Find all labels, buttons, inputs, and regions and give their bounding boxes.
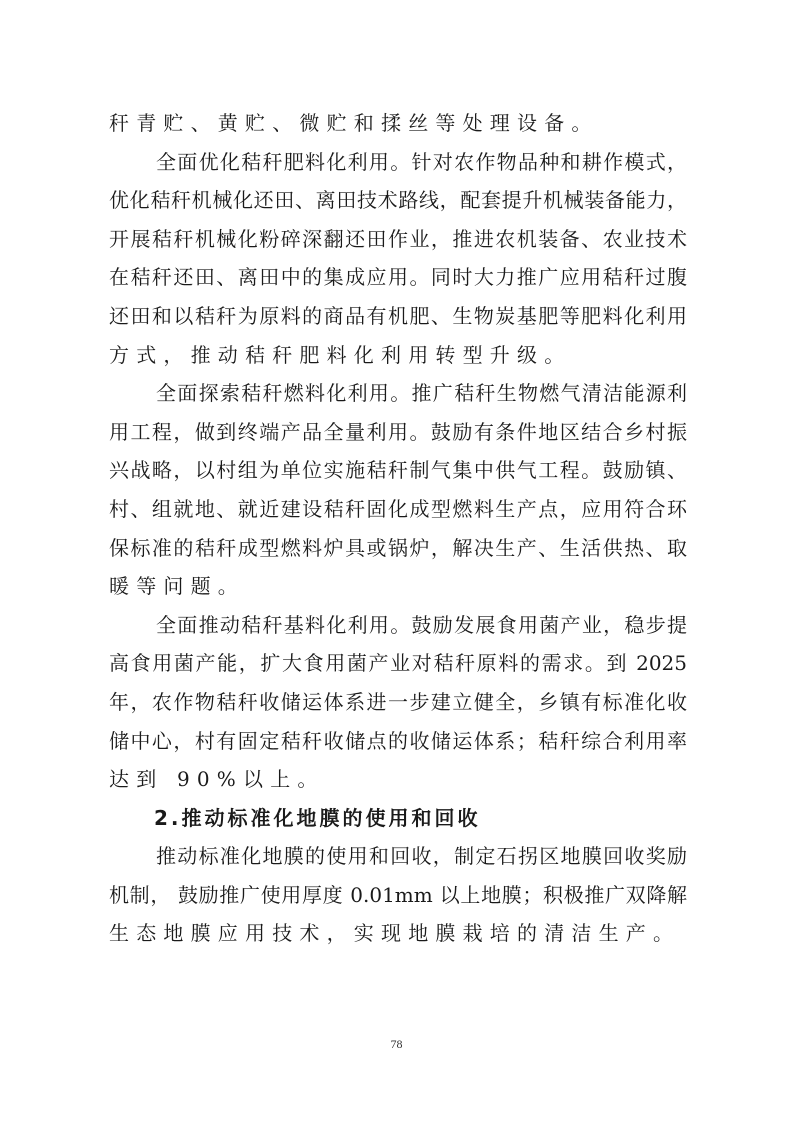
paragraph-line: 优化秸秆机械化还田、离田技术路线，配套提升机械装备能力， xyxy=(109,181,687,220)
paragraph-line: 暖等问题。 xyxy=(109,567,687,606)
paragraph-line: 还田和以秸秆为原料的商品有机肥、生物炭基肥等肥料化利用 xyxy=(109,297,687,336)
paragraph-line: 方式，推动秸秆肥料化利用转型升级。 xyxy=(109,336,687,375)
paragraph-line: 生态地膜应用技术，实现地膜栽培的清洁生产。 xyxy=(109,914,687,953)
section-heading: 2.推动标准化地膜的使用和回收 xyxy=(109,799,687,838)
paragraph-line: 村、组就地、就近建设秸秆固化成型燃料生产点，应用符合环 xyxy=(109,490,687,529)
paragraph-line: 高食用菌产能，扩大食用菌产业对秸秆原料的需求。到 2025 xyxy=(109,644,687,683)
paragraph-line: 年，农作物秸秆收储运体系进一步建立健全，乡镇有标准化收 xyxy=(109,683,687,722)
paragraph-line: 用工程，做到终端产品全量利用。鼓励有条件地区结合乡村振 xyxy=(109,413,687,452)
paragraph-line: 机制， 鼓励推广使用厚度 0.01mm 以上地膜；积极推广双降解 xyxy=(109,876,687,915)
paragraph-line: 秆青贮、黄贮、微贮和揉丝等处理设备。 xyxy=(109,104,687,143)
paragraph-line: 兴战略，以村组为单位实施秸秆制气集中供气工程。鼓励镇、 xyxy=(109,451,687,490)
document-page-body: 秆青贮、黄贮、微贮和揉丝等处理设备。 全面优化秸秆肥料化利用。针对农作物品种和耕… xyxy=(109,104,687,953)
paragraph-line: 开展秸秆机械化粉碎深翻还田作业，推进农机装备、农业技术 xyxy=(109,220,687,259)
paragraph-line: 在秸秆还田、离田中的集成应用。同时大力推广应用秸秆过腹 xyxy=(109,258,687,297)
page-number: 78 xyxy=(0,1037,793,1052)
paragraph-line: 达到 90%以上。 xyxy=(109,760,687,799)
paragraph-first-line: 全面探索秸秆燃料化利用。推广秸秆生物燃气清洁能源利 xyxy=(109,374,687,413)
paragraph-line: 保标准的秸秆成型燃料炉具或锅炉，解决生产、生活供热、取 xyxy=(109,529,687,568)
paragraph-first-line: 全面推动秸秆基料化利用。鼓励发展食用菌产业，稳步提 xyxy=(109,606,687,645)
paragraph-first-line: 推动标准化地膜的使用和回收，制定石拐区地膜回收奖励 xyxy=(109,837,687,876)
paragraph-line: 储中心，村有固定秸秆收储点的收储运体系；秸秆综合利用率 xyxy=(109,722,687,761)
paragraph-first-line: 全面优化秸秆肥料化利用。针对农作物品种和耕作模式， xyxy=(109,143,687,182)
